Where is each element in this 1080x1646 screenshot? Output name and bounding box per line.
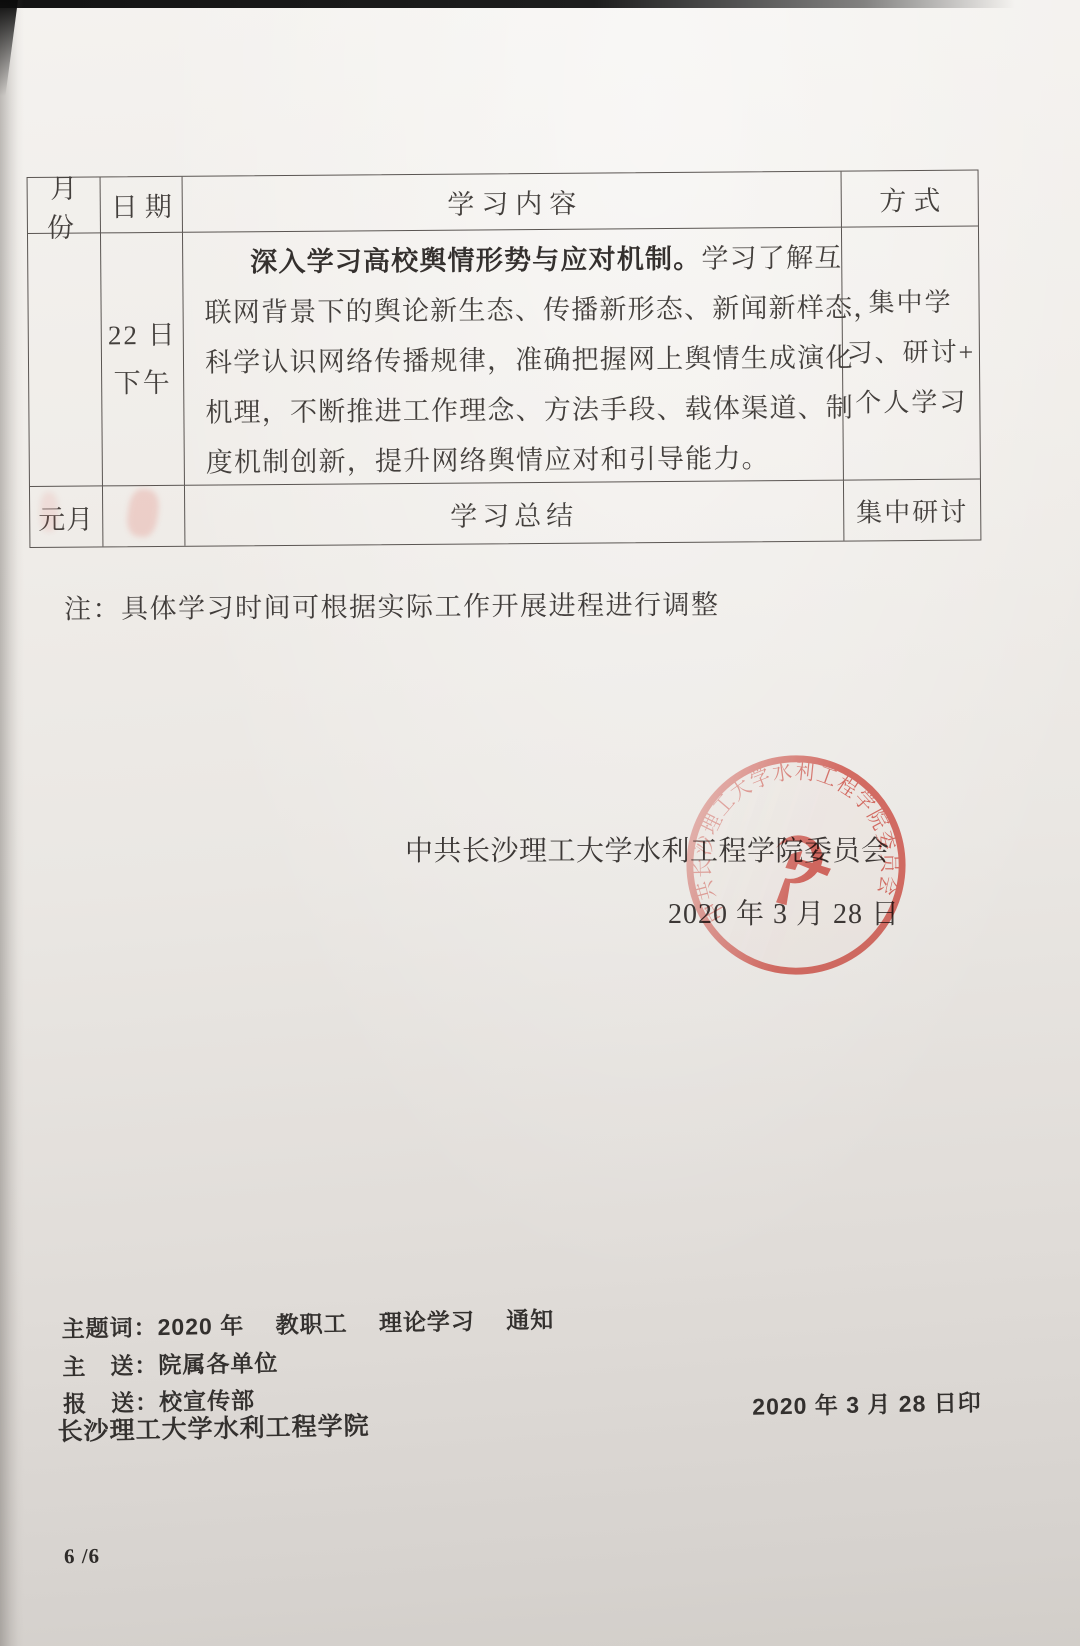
footer-keywords-line: 主题词：2020 年 教职工 理论学习 通知: [61, 1301, 554, 1343]
footer-print-date: 2020 年 3 月 28 日印: [752, 1384, 982, 1421]
page-number: 6 /6: [64, 1544, 100, 1570]
footer-block: 主题词：2020 年 教职工 理论学习 通知 主 送：院属各单位 报 送：校宣传…: [0, 0, 1080, 1646]
footer-main-send-line: 主 送：院属各单位: [62, 1345, 279, 1382]
footer-issuer: 长沙理工大学水利工程学院: [57, 1406, 370, 1448]
